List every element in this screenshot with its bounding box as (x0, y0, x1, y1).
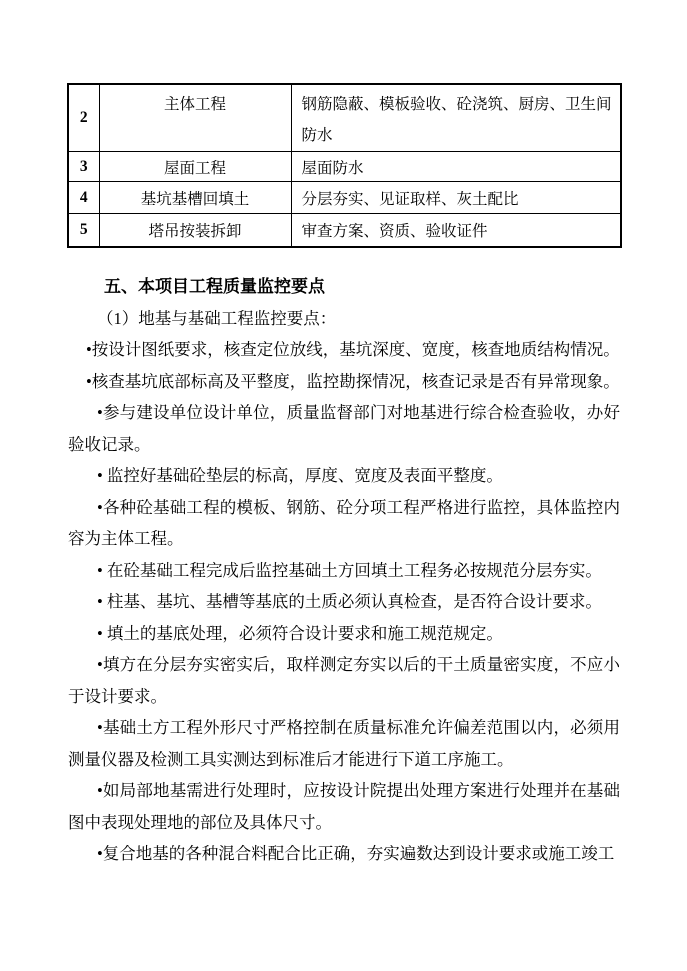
table-row: 3 屋面工程 屋面防水 (68, 152, 621, 182)
row-number-cell: 5 (68, 214, 99, 247)
bullet-item: •基础土方工程外形尺寸严格控制在质量标准允许偏差范围以内，必须用测量仪器及检测工… (68, 712, 620, 775)
bullet-item: •各种砼基础工程的模板、钢筋、砼分项工程严格进行监控，具体监控内容为主体工程。 (68, 492, 620, 555)
work-name-cell: 基坑基槽回填土 (99, 182, 291, 214)
table-row: 5 塔吊按装拆卸 审查方案、资质、验收证件 (68, 214, 621, 247)
bullet-item: •参与建设单位设计单位，质量监督部门对地基进行综合检查验收，办好验收记录。 (68, 397, 620, 460)
work-name-cell: 塔吊按装拆卸 (99, 214, 291, 247)
row-number-cell: 3 (68, 152, 99, 182)
bullet-item: •复合地基的各种混合料配合比正确，夯实遍数达到设计要求或施工竣工 (68, 838, 620, 870)
section-heading: 五、本项目工程质量监控要点 (68, 271, 620, 303)
quality-control-table: 2 主体工程 钢筋隐蔽、模板验收、砼浇筑、厨房、卫生间防水 3 屋面工程 屋面防… (67, 83, 622, 248)
bullet-item: • 填土的基底处理，必须符合设计要求和施工规范规定。 (68, 618, 620, 650)
table-row: 4 基坑基槽回填土 分层夯实、见证取样、灰土配比 (68, 182, 621, 214)
check-items-cell: 分层夯实、见证取样、灰土配比 (291, 182, 621, 214)
row-number-cell: 4 (68, 182, 99, 214)
section-body: 五、本项目工程质量监控要点 （1）地基与基础工程监控要点： •按设计图纸要求，核… (68, 271, 620, 870)
bullet-item: •核查基坑底部标高及平整度，监控勘探情况，核查记录是否有异常现象。 (68, 366, 620, 398)
bullet-item: •按设计图纸要求，核查定位放线，基坑深度、宽度，核查地质结构情况。 (68, 334, 620, 366)
table-row: 2 主体工程 钢筋隐蔽、模板验收、砼浇筑、厨房、卫生间防水 (68, 84, 621, 152)
work-name-cell: 主体工程 (99, 84, 291, 152)
work-name-cell: 屋面工程 (99, 152, 291, 182)
bullet-item: •如局部地基需进行处理时，应按设计院提出处理方案进行处理并在基础图中表现处理地的… (68, 775, 620, 838)
document-page: 2 主体工程 钢筋隐蔽、模板验收、砼浇筑、厨房、卫生间防水 3 屋面工程 屋面防… (0, 0, 687, 971)
section-subheading: （1）地基与基础工程监控要点： (68, 303, 620, 335)
row-number-cell: 2 (68, 84, 99, 152)
check-items-cell: 审查方案、资质、验收证件 (291, 214, 621, 247)
check-items-cell: 屋面防水 (291, 152, 621, 182)
bullet-item: •填方在分层夯实密实后，取样测定夯实以后的干土质量密实度，不应小于设计要求。 (68, 649, 620, 712)
bullet-item: • 柱基、基坑、基槽等基底的土质必须认真检查，是否符合设计要求。 (68, 586, 620, 618)
check-items-cell: 钢筋隐蔽、模板验收、砼浇筑、厨房、卫生间防水 (291, 84, 621, 152)
bullet-item: • 在砼基础工程完成后监控基础土方回填土工程务必按规范分层夯实。 (68, 555, 620, 587)
bullet-item: • 监控好基础砼垫层的标高，厚度、宽度及表面平整度。 (68, 460, 620, 492)
